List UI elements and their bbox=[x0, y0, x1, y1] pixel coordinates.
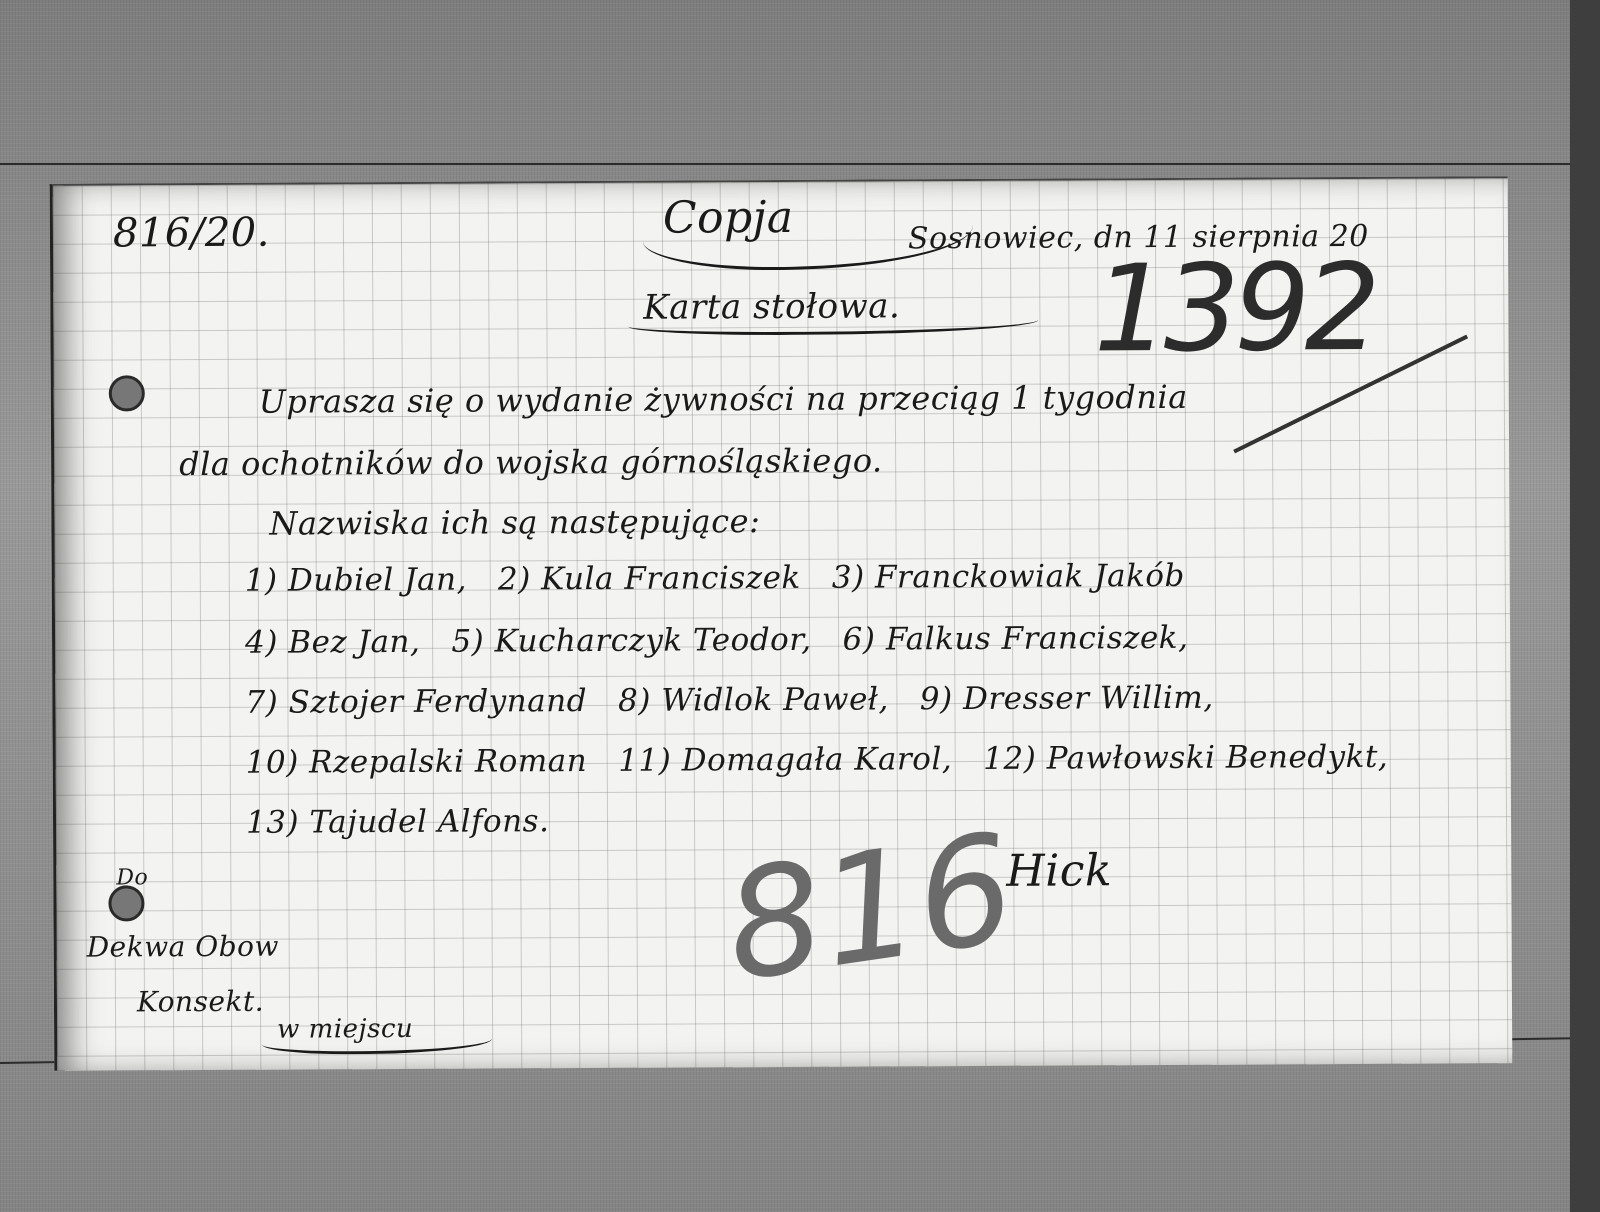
body-line-1: Uprasza się o wydanie żywności na przeci… bbox=[259, 378, 1188, 421]
document-card: 816/20. Copja Sosnowiec, dn 11 sierpnia … bbox=[50, 176, 1513, 1071]
title-underline bbox=[628, 311, 1038, 336]
reference-number: 816/20. bbox=[113, 210, 270, 257]
names-row-4: 10) Rzepalski Roman 11) Domagała Karol, … bbox=[246, 739, 1389, 781]
addressee-prefix: Do bbox=[116, 865, 148, 890]
punch-hole-icon bbox=[108, 885, 144, 921]
addressee-line-1: Dekwa Obow bbox=[87, 930, 279, 964]
list-item: 9) Dresser Willim, bbox=[920, 680, 1214, 718]
list-item: 5) Kucharczyk Teodor, bbox=[451, 622, 811, 660]
list-item: 7) Sztojer Ferdynand bbox=[245, 683, 587, 721]
names-row-3: 7) Sztojer Ferdynand 8) Widlok Paweł, 9)… bbox=[245, 680, 1213, 721]
addressee-underline bbox=[262, 1029, 492, 1055]
body-line-2: dla ochotników do wojska górnośląskiego. bbox=[179, 441, 883, 483]
scan-edge-top bbox=[0, 163, 1600, 165]
names-row-1: 1) Dubiel Jan, 2) Kula Franciszek 3) Fra… bbox=[245, 558, 1185, 599]
pencil-mark-large: 816 bbox=[715, 802, 1025, 1016]
names-intro: Nazwiska ich są następujące: bbox=[269, 502, 760, 543]
list-item: 8) Widlok Paweł, bbox=[618, 681, 889, 718]
list-item: 13) Tajudel Alfons. bbox=[246, 803, 550, 841]
list-item: 2) Kula Franciszek bbox=[498, 560, 801, 598]
list-item: 3) Franckowiak Jakób bbox=[832, 558, 1185, 596]
addressee-line-2: Konsekt. bbox=[137, 985, 264, 1019]
list-item: 12) Pawłowski Benedykt, bbox=[983, 739, 1388, 777]
names-row-2: 4) Bez Jan, 5) Kucharczyk Teodor, 6) Fal… bbox=[245, 620, 1188, 661]
scan-right-border bbox=[1570, 0, 1600, 1212]
names-row-5: 13) Tajudel Alfons. bbox=[246, 803, 550, 841]
list-item: 10) Rzepalski Roman bbox=[246, 743, 588, 781]
pencil-stamp-number: 1392 bbox=[1093, 239, 1375, 379]
list-item: 6) Falkus Franciszek, bbox=[843, 620, 1189, 658]
list-item: 1) Dubiel Jan, bbox=[245, 562, 467, 599]
signature: Hick bbox=[1006, 845, 1112, 897]
list-item: 11) Domagała Karol, bbox=[618, 741, 952, 779]
punch-hole-icon bbox=[109, 375, 145, 411]
list-item: 4) Bez Jan, bbox=[245, 624, 420, 661]
